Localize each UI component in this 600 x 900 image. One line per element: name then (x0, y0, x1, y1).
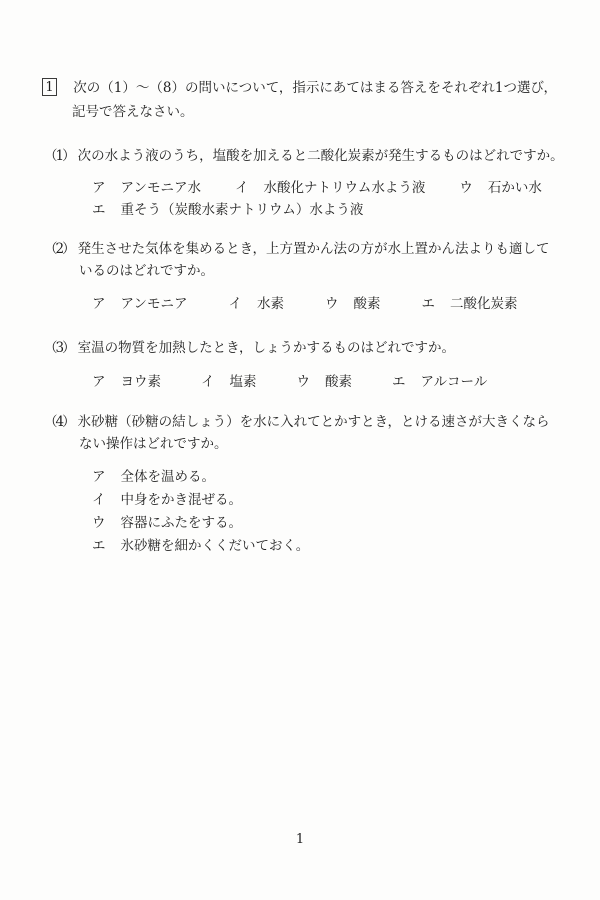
option-text: ヨウ素 (121, 374, 162, 390)
option-key: ウ (459, 180, 473, 196)
option-text: 容器にふたをする。 (121, 515, 243, 531)
option-text: 酸素 (325, 374, 352, 390)
question-4-text-line2: ない操作はどれですか。 (79, 433, 570, 455)
option-text: 中身をかき混ぜる。 (121, 492, 243, 508)
option-text: 全体を温める。 (121, 469, 216, 485)
option-text: 水酸化ナトリウム水よう液 (263, 180, 425, 196)
option-item: アヨウ素 (92, 371, 161, 393)
option-key: エ (392, 374, 406, 390)
question-1: （1）次の水よう液のうち，塩酸を加えると二酸化炭素が発生するものはどれですか。 (42, 145, 570, 167)
question-2-text-line2: いるのはどれですか。 (79, 260, 570, 282)
section-header: 1 次の（1）～（8）の問いについて，指示にあてはまる答えをそれぞれ1つ選び， (42, 76, 570, 100)
option-key: イ (92, 492, 106, 508)
option-key: ア (92, 296, 106, 312)
option-key: イ (228, 296, 242, 312)
question-4: （4）氷砂糖（砂糖の結しょう）を水に入れてとかすとき，とける速さが大きくなら (42, 411, 570, 433)
option-key: エ (92, 538, 106, 554)
option-key: エ (421, 296, 435, 312)
option-item: ウ酸素 (325, 293, 381, 315)
option-key: エ (92, 202, 106, 218)
question-2-label: （2） (44, 241, 74, 257)
section-instruction-line2: 記号で答えなさい。 (72, 100, 570, 124)
option-item: アアンモニア水 (92, 177, 201, 199)
option-item: ア全体を温める。 (92, 466, 570, 489)
option-item: アアンモニア (92, 293, 187, 315)
option-key: ア (92, 469, 106, 485)
question-1-options-row-1: アアンモニア水 イ水酸化ナトリウム水よう液 ウ石かい水 (92, 177, 570, 199)
option-key: イ (235, 180, 249, 196)
option-text: 氷砂糖を細かくくだいておく。 (121, 538, 310, 554)
option-key: ア (92, 180, 106, 196)
option-text: アルコール (421, 374, 488, 390)
option-text: 石かい水 (488, 180, 542, 196)
option-key: イ (201, 374, 215, 390)
question-2: （2）発生させた気体を集めるとき，上方置かん法の方が水上置かん法よりも適して (42, 238, 570, 260)
question-4-options-list: ア全体を温める。 イ中身をかき混ぜる。 ウ容器にふたをする。 エ氷砂糖を細かくく… (92, 466, 570, 558)
section-instruction-line1: 次の（1）～（8）の問いについて，指示にあてはまる答えをそれぞれ1つ選び， (73, 80, 557, 96)
option-key: ウ (325, 296, 339, 312)
option-item: イ中身をかき混ぜる。 (92, 489, 570, 512)
option-item: エ氷砂糖を細かくくだいておく。 (92, 535, 570, 558)
option-item: エ二酸化炭素 (421, 293, 517, 315)
option-text: 重そう（炭酸水素ナトリウム）水よう液 (121, 202, 364, 218)
option-item: イ水素 (228, 293, 284, 315)
option-text: 酸素 (353, 296, 380, 312)
option-item: エ重そう（炭酸水素ナトリウム）水よう液 (92, 199, 363, 221)
page-number: 1 (0, 831, 600, 849)
option-text: 二酸化炭素 (450, 296, 518, 312)
option-item: ウ容器にふたをする。 (92, 512, 570, 535)
question-3: （3）室温の物質を加熱したとき，しょうかするものはどれですか。 (42, 337, 570, 359)
option-item: エアルコール (392, 371, 487, 393)
option-text: アンモニア (121, 296, 188, 312)
question-1-options-row-2: エ重そう（炭酸水素ナトリウム）水よう液 (92, 199, 570, 221)
section-number-box: 1 (42, 78, 57, 96)
exam-page: 1 次の（1）～（8）の問いについて，指示にあてはまる答えをそれぞれ1つ選び， … (0, 0, 600, 900)
question-1-text: 次の水よう液のうち，塩酸を加えると二酸化炭素が発生するものはどれですか。 (78, 148, 564, 164)
question-3-options-row: アヨウ素 イ塩素 ウ酸素 エアルコール (92, 371, 570, 393)
exam-content: 1 次の（1）～（8）の問いについて，指示にあてはまる答えをそれぞれ1つ選び， … (0, 0, 600, 558)
option-item: ウ酸素 (297, 371, 353, 393)
question-4-label: （4） (44, 414, 74, 430)
option-text: 塩素 (230, 374, 257, 390)
question-3-text: 室温の物質を加熱したとき，しょうかするものはどれですか。 (78, 340, 455, 356)
option-item: ウ石かい水 (459, 177, 542, 199)
option-item: イ塩素 (201, 371, 257, 393)
question-2-options-row: アアンモニア イ水素 ウ酸素 エ二酸化炭素 (92, 293, 570, 315)
option-key: ウ (92, 515, 106, 531)
question-3-label: （3） (44, 340, 74, 356)
option-text: 水素 (257, 296, 284, 312)
option-item: イ水酸化ナトリウム水よう液 (235, 177, 425, 199)
question-4-text: 氷砂糖（砂糖の結しょう）を水に入れてとかすとき，とける速さが大きくなら (78, 414, 550, 430)
question-2-text: 発生させた気体を集めるとき，上方置かん法の方が水上置かん法よりも適して (78, 241, 550, 257)
option-key: ア (92, 374, 106, 390)
option-text: アンモニア水 (121, 180, 201, 196)
question-1-label: （1） (44, 148, 74, 164)
option-key: ウ (297, 374, 311, 390)
